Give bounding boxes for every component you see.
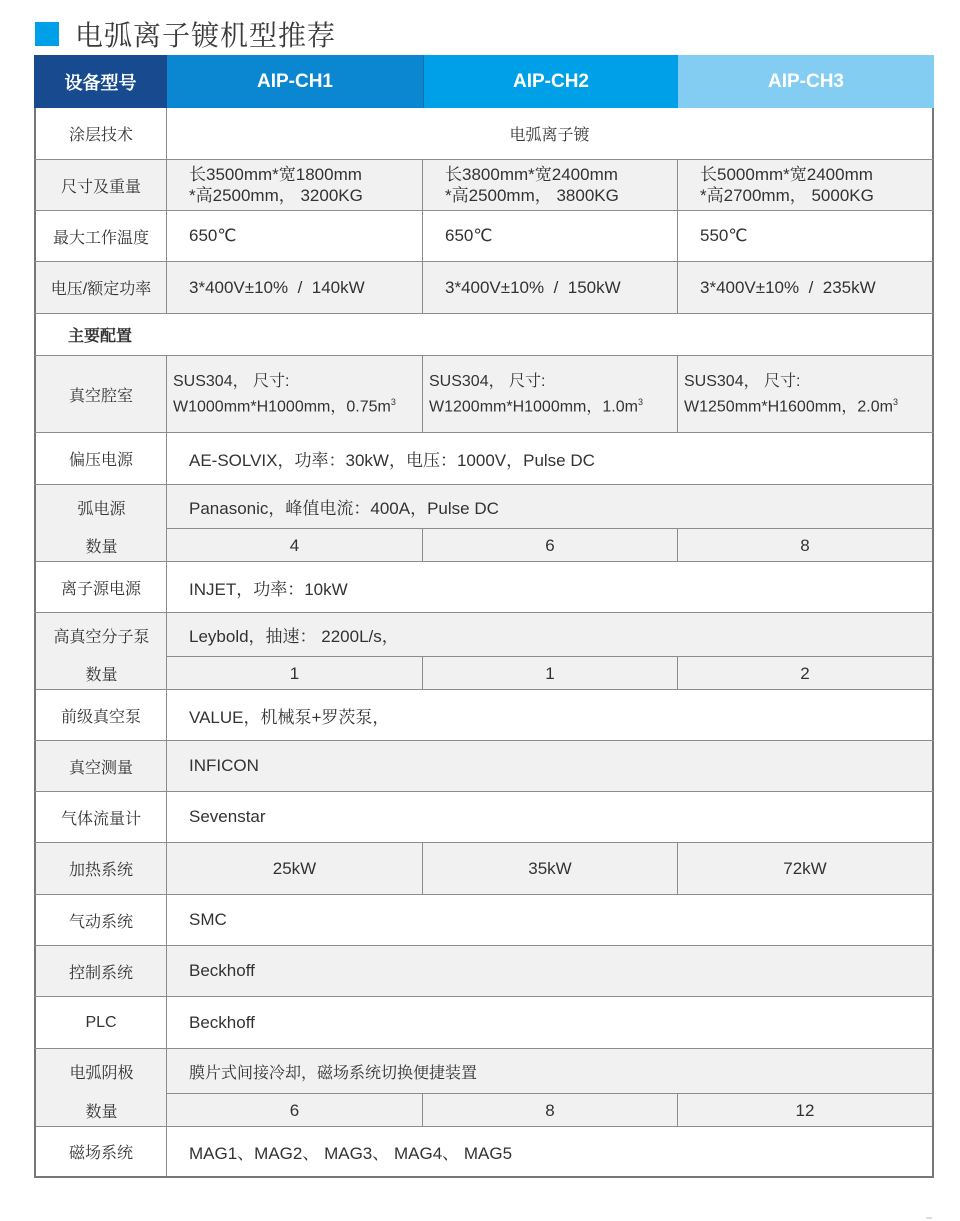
row-label: 离子源电源 bbox=[34, 562, 167, 612]
size-line2: *高2700mm， 5000KG bbox=[700, 185, 874, 206]
row-value: INFICON bbox=[167, 741, 934, 791]
qty-ch1: 4 bbox=[167, 529, 423, 562]
row-label: 加热系统 bbox=[34, 843, 167, 894]
table-header: 设备型号 AIP-CH1 AIP-CH2 AIP-CH3 bbox=[34, 55, 934, 108]
page-corner-mark bbox=[926, 1217, 932, 1219]
row-value: 电弧离子镀 bbox=[167, 108, 934, 159]
size-line1: 长5000mm*宽2400mm bbox=[700, 164, 873, 185]
table-row-gauge: 真空测量 INFICON bbox=[34, 741, 934, 792]
qty-ch2: 6 bbox=[423, 529, 678, 562]
qty-ch3: 12 bbox=[678, 1094, 934, 1127]
size-ch2: 长3800mm*宽2400mm *高2500mm， 3800KG bbox=[423, 160, 678, 210]
row-value: VALUE，机械泵+罗茨泵， bbox=[167, 690, 934, 740]
qty-label: 数量 bbox=[34, 1094, 167, 1127]
chamber-line1: SUS304， 尺寸: bbox=[429, 371, 546, 392]
title-text: 电弧离子镀机型推荐 bbox=[75, 14, 336, 54]
row-label: 高真空分子泵 bbox=[34, 613, 167, 657]
row-value: Beckhoff bbox=[167, 946, 934, 996]
power-ch3: 3*400V±10% / 235kW bbox=[678, 262, 934, 313]
qty-ch2: 1 bbox=[423, 657, 678, 690]
chamber-dim: W1200mm*H1000mm，1.0m bbox=[429, 398, 638, 415]
row-label: 真空测量 bbox=[34, 741, 167, 791]
table-row-chamber: 真空腔室 SUS304， 尺寸: W1000mm*H1000mm，0.75m3 … bbox=[34, 356, 934, 433]
table-row-fore-pump: 前级真空泵 VALUE，机械泵+罗茨泵， bbox=[34, 690, 934, 741]
chamber-line2: W1250mm*H1600mm，2.0m3 bbox=[684, 392, 898, 417]
row-label: 前级真空泵 bbox=[34, 690, 167, 740]
row-value: SMC bbox=[167, 895, 934, 945]
superscript: 3 bbox=[893, 397, 898, 407]
table-row-ion-source: 离子源电源 INJET，功率：10kW bbox=[34, 562, 934, 613]
row-value: Leybold，抽速： 2200L/s， bbox=[167, 613, 934, 657]
table-row-temp: 最大工作温度 650℃ 650℃ 550℃ bbox=[34, 211, 934, 262]
qty-label: 数量 bbox=[34, 529, 167, 562]
row-label: 偏压电源 bbox=[34, 433, 167, 484]
header-label: 设备型号 bbox=[34, 55, 167, 108]
row-value: Sevenstar bbox=[167, 792, 934, 842]
chamber-ch2: SUS304， 尺寸: W1200mm*H1000mm，1.0m3 bbox=[423, 356, 678, 432]
heating-ch3: 72kW bbox=[678, 843, 934, 894]
row-value: 膜片式间接冷却，磁场系统切换便捷装置 bbox=[167, 1049, 934, 1094]
table-row-size: 尺寸及重量 长3500mm*宽1800mm *高2500mm， 3200KG 长… bbox=[34, 160, 934, 211]
table-row-coating: 涂层技术 电弧离子镀 bbox=[34, 108, 934, 160]
chamber-ch1: SUS304， 尺寸: W1000mm*H1000mm，0.75m3 bbox=[167, 356, 423, 432]
row-value: INJET，功率：10kW bbox=[167, 562, 934, 612]
table-row-plc: PLC Beckhoff bbox=[34, 997, 934, 1049]
power-ch1: 3*400V±10% / 140kW bbox=[167, 262, 423, 313]
chamber-ch3: SUS304， 尺寸: W1250mm*H1600mm，2.0m3 bbox=[678, 356, 934, 432]
table-row-mfc: 气体流量计 Sevenstar bbox=[34, 792, 934, 843]
table-row-heating: 加热系统 25kW 35kW 72kW bbox=[34, 843, 934, 895]
row-label: 气体流量计 bbox=[34, 792, 167, 842]
heating-ch2: 35kW bbox=[423, 843, 678, 894]
row-label: 弧电源 bbox=[34, 485, 167, 529]
temp-ch3: 550℃ bbox=[678, 211, 934, 261]
superscript: 3 bbox=[638, 397, 643, 407]
table-row-control: 控制系统 Beckhoff bbox=[34, 946, 934, 997]
row-value: AE-SOLVIX，功率：30kW，电压：1000V，Pulse DC bbox=[167, 433, 934, 484]
power-ch2: 3*400V±10% / 150kW bbox=[423, 262, 678, 313]
row-value: Beckhoff bbox=[167, 997, 934, 1048]
header-model-ch2: AIP-CH2 bbox=[423, 55, 678, 108]
row-label: 控制系统 bbox=[34, 946, 167, 996]
row-label: 电压/额定功率 bbox=[34, 262, 167, 313]
table-row-power: 电压/额定功率 3*400V±10% / 140kW 3*400V±10% / … bbox=[34, 262, 934, 314]
table-row-cathode: 电弧阴极 数量 膜片式间接冷却，磁场系统切换便捷装置 6 8 12 bbox=[34, 1049, 934, 1127]
table-row-bias: 偏压电源 AE-SOLVIX，功率：30kW，电压：1000V，Pulse DC bbox=[34, 433, 934, 485]
row-label: 电弧阴极 bbox=[34, 1049, 167, 1094]
chamber-dim: W1000mm*H1000mm，0.75m bbox=[173, 398, 391, 415]
section-title: 主要配置 bbox=[34, 314, 934, 355]
table-row-pneumatic: 气动系统 SMC bbox=[34, 895, 934, 946]
row-label: 尺寸及重量 bbox=[34, 160, 167, 210]
chamber-line1: SUS304， 尺寸: bbox=[173, 371, 290, 392]
section-main-config: 主要配置 bbox=[34, 314, 934, 356]
size-line1: 长3500mm*宽1800mm bbox=[189, 164, 362, 185]
superscript: 3 bbox=[391, 397, 396, 407]
size-ch3: 长5000mm*宽2400mm *高2700mm， 5000KG bbox=[678, 160, 934, 210]
title-square-icon bbox=[35, 22, 59, 46]
row-label: PLC bbox=[34, 997, 167, 1048]
row-label: 磁场系统 bbox=[34, 1127, 167, 1176]
size-line2: *高2500mm， 3200KG bbox=[189, 185, 363, 206]
header-model-ch3: AIP-CH3 bbox=[678, 55, 934, 108]
qty-ch1: 6 bbox=[167, 1094, 423, 1127]
table-row-magnet: 磁场系统 MAG1、MAG2、 MAG3、 MAG4、 MAG5 bbox=[34, 1127, 934, 1178]
qty-ch2: 8 bbox=[423, 1094, 678, 1127]
chamber-line2: W1200mm*H1000mm，1.0m3 bbox=[429, 392, 643, 417]
chamber-dim: W1250mm*H1600mm，2.0m bbox=[684, 398, 893, 415]
qty-ch1: 1 bbox=[167, 657, 423, 690]
row-label: 最大工作温度 bbox=[34, 211, 167, 261]
row-value: MAG1、MAG2、 MAG3、 MAG4、 MAG5 bbox=[167, 1127, 934, 1176]
table-row-arc-power: 弧电源 数量 Panasonic，峰值电流：400A，Pulse DC 4 6 … bbox=[34, 485, 934, 562]
row-label: 真空腔室 bbox=[34, 356, 167, 432]
temp-ch1: 650℃ bbox=[167, 211, 423, 261]
qty-ch3: 8 bbox=[678, 529, 934, 562]
header-model-ch1: AIP-CH1 bbox=[167, 55, 423, 108]
row-label: 气动系统 bbox=[34, 895, 167, 945]
page-title: 电弧离子镀机型推荐 bbox=[35, 14, 336, 54]
table-row-turbo-pump: 高真空分子泵 数量 Leybold，抽速： 2200L/s， 1 1 2 bbox=[34, 613, 934, 690]
chamber-line1: SUS304， 尺寸: bbox=[684, 371, 801, 392]
size-line1: 长3800mm*宽2400mm bbox=[445, 164, 618, 185]
heating-ch1: 25kW bbox=[167, 843, 423, 894]
chamber-line2: W1000mm*H1000mm，0.75m3 bbox=[173, 392, 396, 417]
temp-ch2: 650℃ bbox=[423, 211, 678, 261]
qty-ch3: 2 bbox=[678, 657, 934, 690]
row-value: Panasonic，峰值电流：400A，Pulse DC bbox=[167, 485, 934, 529]
qty-label: 数量 bbox=[34, 657, 167, 690]
row-label: 涂层技术 bbox=[34, 108, 167, 159]
size-ch1: 长3500mm*宽1800mm *高2500mm， 3200KG bbox=[167, 160, 423, 210]
size-line2: *高2500mm， 3800KG bbox=[445, 185, 619, 206]
